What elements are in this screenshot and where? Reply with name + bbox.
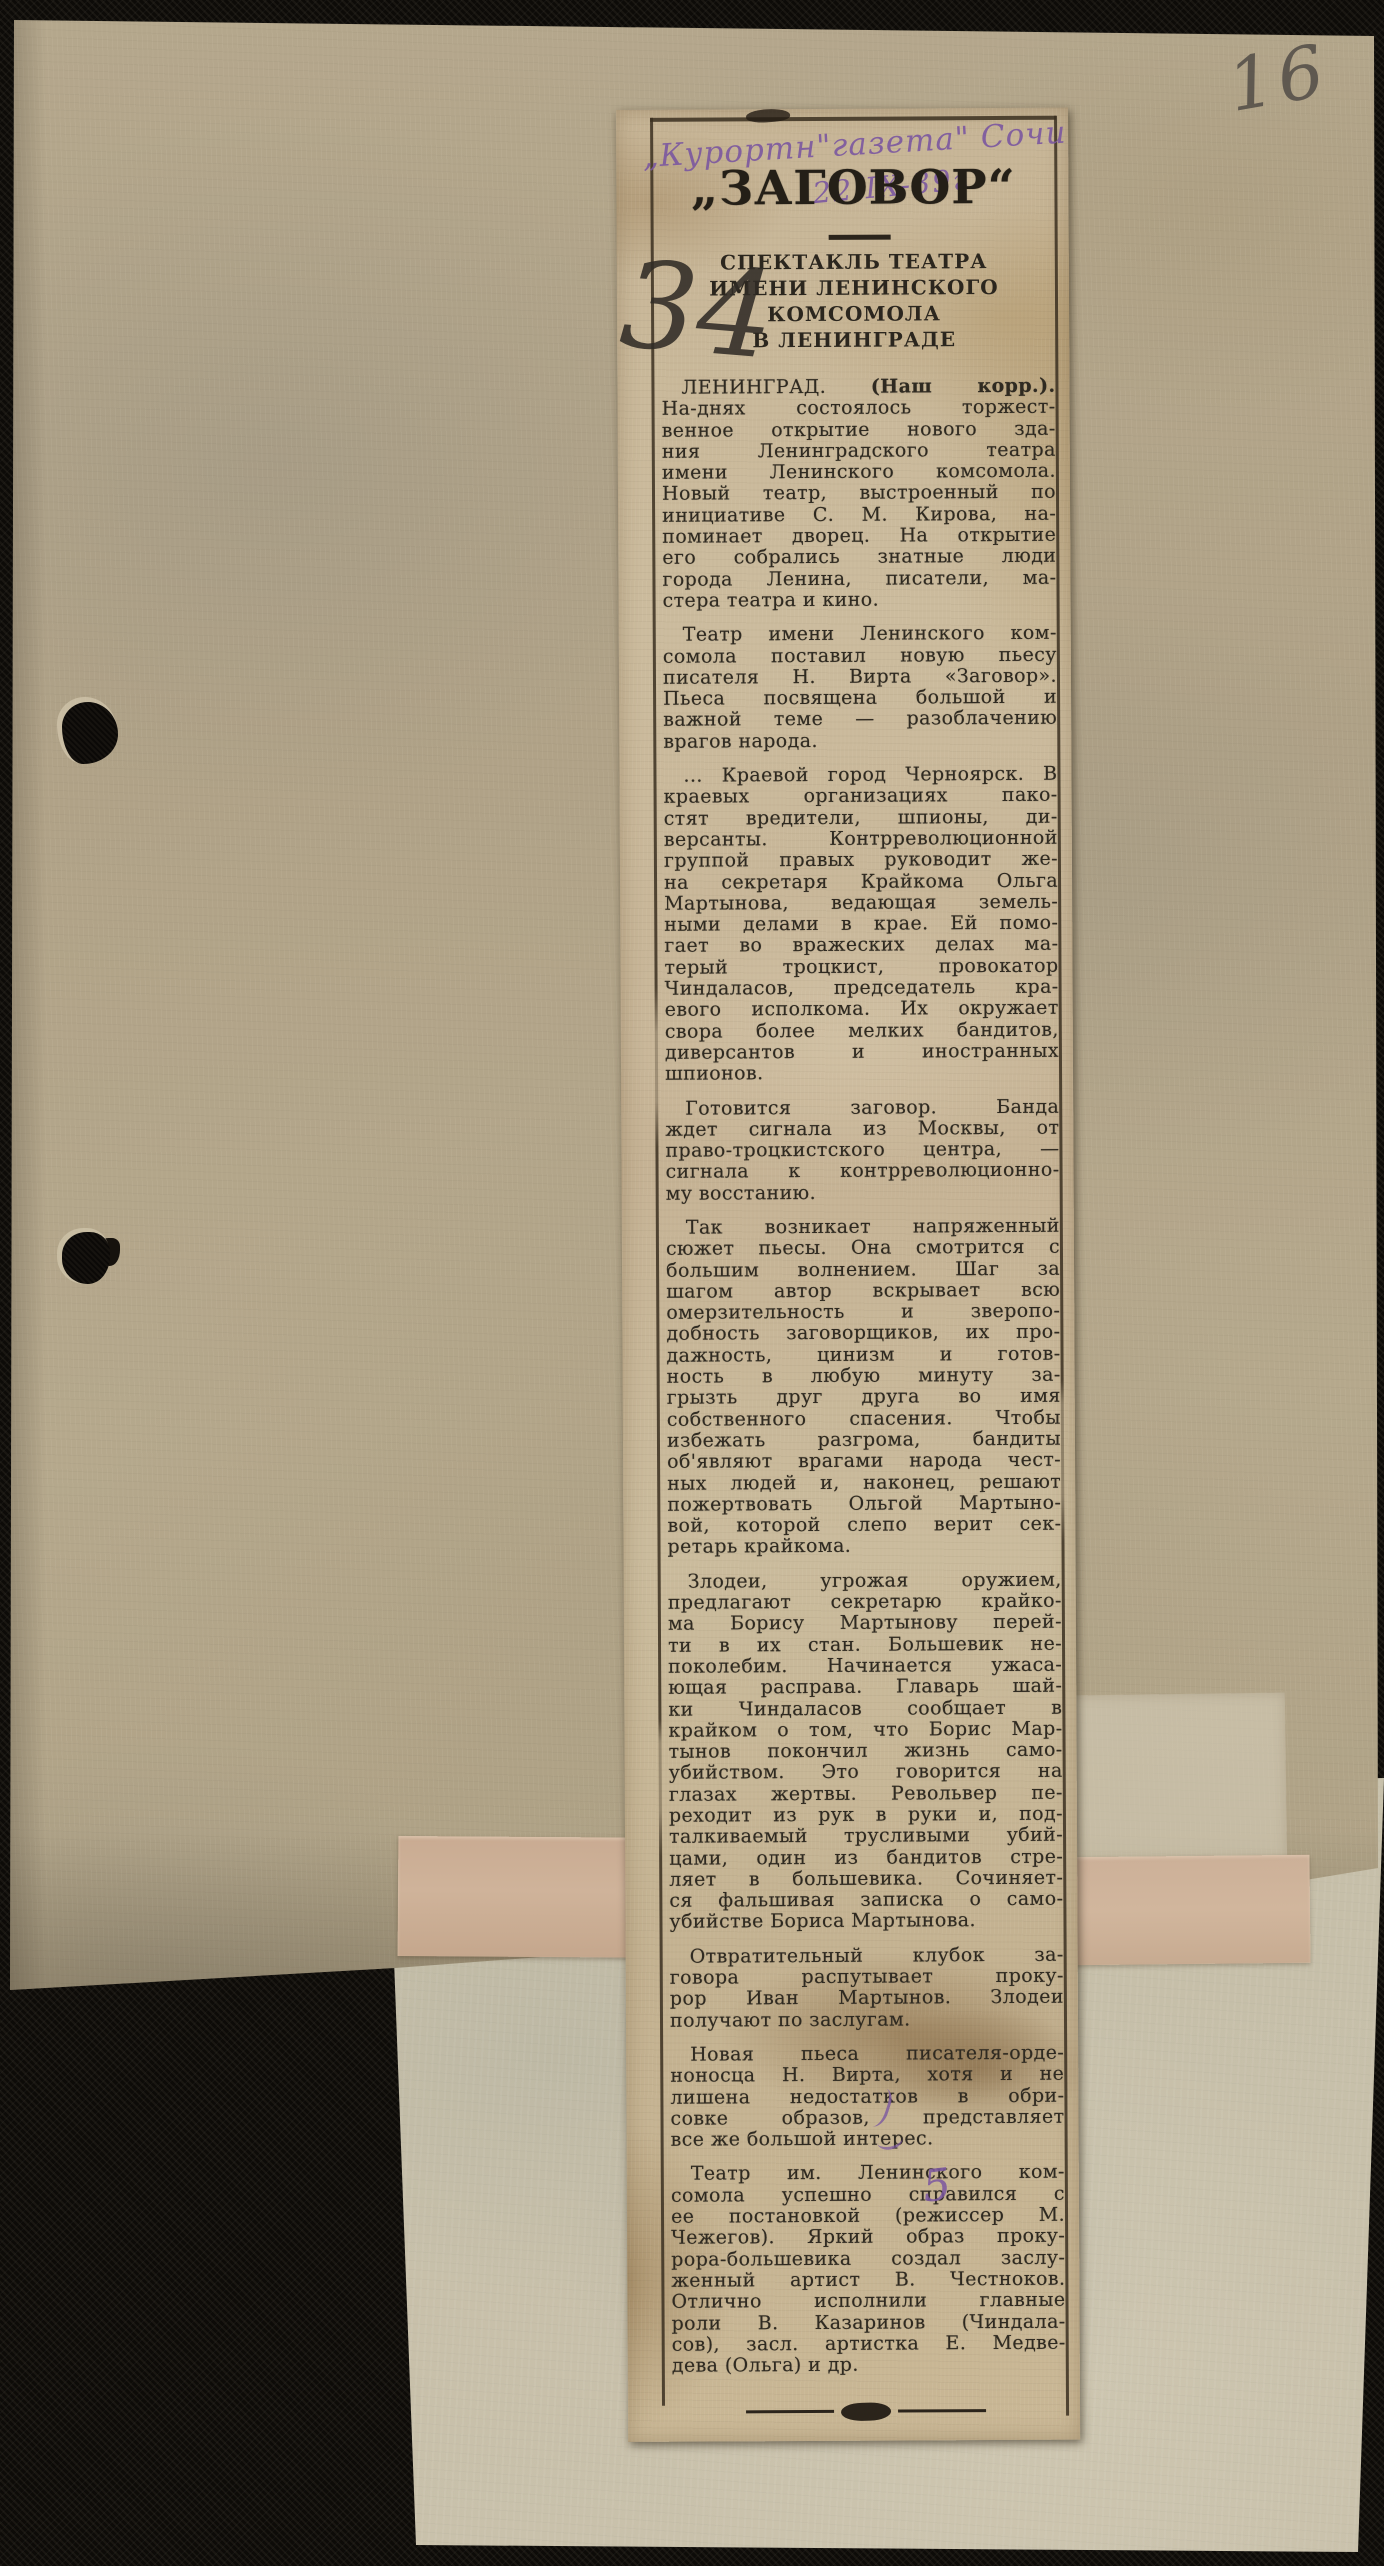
text-line: сигнала к контрреволюционно- (666, 1160, 1060, 1183)
text-line: сов), засл. артистка Е. Медве- (672, 2333, 1066, 2356)
text-line: группой правых руководит же- (664, 849, 1058, 872)
text-line: Театр имени Ленинского ком- (663, 623, 1057, 646)
text-line: об'являют врагами народа чест- (667, 1450, 1061, 1473)
text-line: ретарь крайкома. (667, 1535, 1061, 1558)
text-line: дева (Ольга) и др. (672, 2354, 1066, 2377)
text-line: диверсантов и иностранных (665, 1041, 1059, 1064)
text-line: евого исполкома. Их окружает (665, 998, 1059, 1021)
text-line: вой, которой слепо верит сек- (667, 1514, 1061, 1537)
text-line: убийстве Бориса Мартынова. (669, 1910, 1063, 1933)
margin-number-5: 5 (920, 2159, 953, 2213)
paragraph: Театр имени Ленинского ком-сомола постав… (663, 623, 1058, 753)
text-line: получают по заслугам. (670, 2008, 1064, 2031)
text-line: талкиваемый трусливыми убий- (669, 1825, 1063, 1848)
text-line: На-днях состоялось торжест- (662, 397, 1056, 420)
text-line: Чежегов). Яркий образ проку- (671, 2226, 1065, 2249)
diamond-icon (841, 2402, 891, 2421)
paragraph: Театр им. Ленинского ком-сомола успешно … (671, 2162, 1066, 2377)
paragraph: Злодеи, угрожая оружием,предлагают секре… (668, 1569, 1064, 1933)
text-line: грызть друг друга во имя (667, 1386, 1061, 1409)
text-line: му восстанию. (666, 1181, 1060, 1204)
tape-patch-right (1069, 1693, 1287, 1864)
ornament-line-right (898, 2409, 986, 2412)
newspaper-clipping: „Курортн"газета" Сочи 22/IX-39г. „ЗАГОВО… (616, 108, 1080, 2442)
end-divider-ornament (746, 2400, 986, 2423)
text-line: ноносца Н. Вирта, хотя и не (670, 2064, 1064, 2087)
pencil-number-34: 34 (616, 236, 780, 387)
text-line: города Ленина, писатели, ма- (662, 567, 1056, 590)
text-line: все же большой интерес. (671, 2128, 1065, 2151)
text-line: Отлично исполнили главные (671, 2290, 1065, 2313)
paragraph: ... Краевой город Черноярск. Вкраевых ор… (663, 764, 1059, 1086)
paragraph: Готовится заговор. Бандаждет сигнала из … (665, 1096, 1060, 1205)
text-line: шпионов. (665, 1062, 1059, 1085)
paragraph: Отвратительный клубок за-говора распутыв… (670, 1944, 1064, 2031)
text-line: врагов народа. (663, 729, 1057, 752)
text-line: стера театра и кино. (663, 589, 1057, 612)
text-line: ся фальшивая записка о само- (669, 1889, 1063, 1912)
tape-strip-right (1071, 1855, 1310, 1965)
text-line: ющая расправа. Главарь шай- (668, 1676, 1062, 1699)
article-headline: „ЗАГОВОР“ (650, 160, 1056, 217)
text-line: сюжет пьесы. Она смотрится с (666, 1237, 1060, 1260)
text-line: рор Иван Мартынов. Злодеи (670, 1987, 1064, 2010)
text-line: краевых организациях пако- (664, 785, 1058, 808)
text-line: его собрались знатные люди (662, 546, 1056, 569)
article-body: ЛЕНИНГРАД. (Наш корр.).На-днях состоялос… (661, 376, 1065, 2377)
text-line: гает во вражеских делах ма- (664, 934, 1058, 957)
headline-divider (829, 235, 891, 240)
text-line: убийством. Это говорится на (669, 1761, 1063, 1784)
punch-hole-bottom (62, 1232, 110, 1284)
paragraph: Так возникает напряженныйсюжет пьесы. Он… (666, 1216, 1062, 1559)
ornament-line-left (746, 2410, 834, 2413)
text-line: важной теме — разоблачению (663, 708, 1057, 731)
text-line: ма Борису Мартынову перей- (668, 1612, 1062, 1635)
paragraph: ЛЕНИНГРАД. (Наш корр.).На-днях состоялос… (661, 376, 1056, 612)
page-number-pencil: 16 (1221, 28, 1334, 128)
